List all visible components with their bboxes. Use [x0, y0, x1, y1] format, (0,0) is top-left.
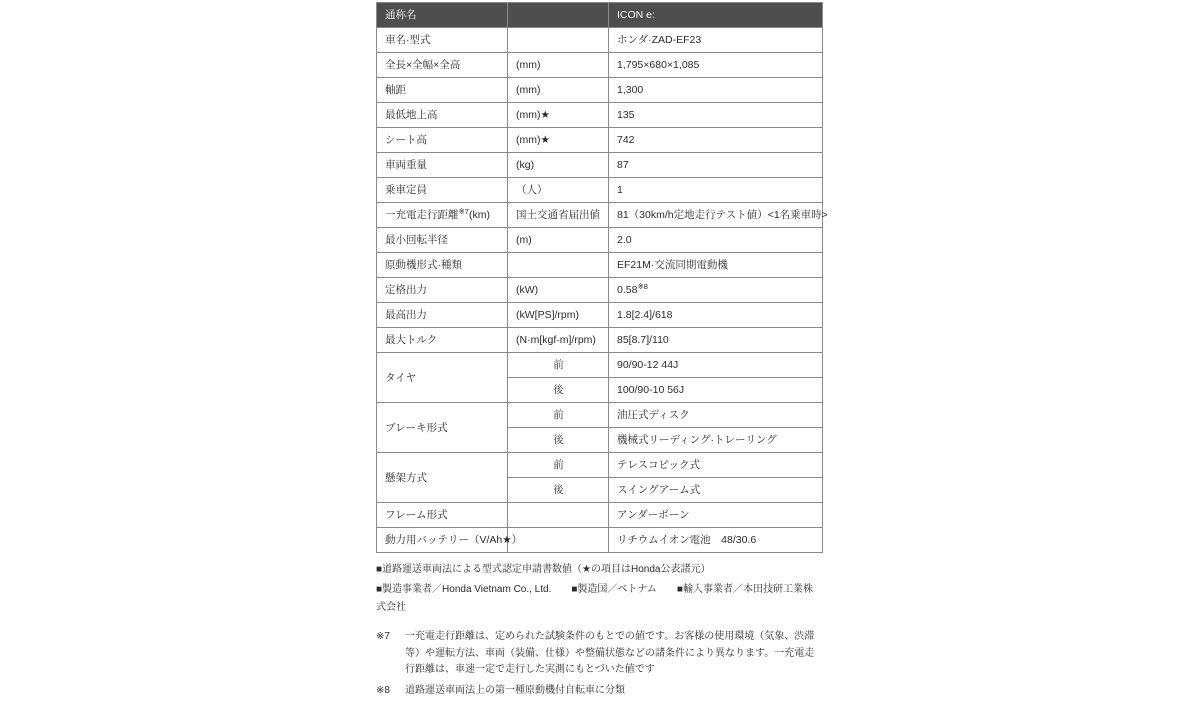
- spec-value-cell: テレスコピック式: [609, 453, 823, 478]
- spec-row: 軸距(mm)1,300: [377, 78, 823, 103]
- spec-label-cell: 乗車定員: [377, 178, 508, 203]
- spec-label-cell: 最高出力: [377, 303, 508, 328]
- spec-value-cell: 100/90-10 56J: [609, 378, 823, 403]
- spec-value-cell: 油圧式ディスク: [609, 403, 823, 428]
- spec-label-cell: ブレーキ形式: [377, 403, 508, 453]
- spec-value-cell: リチウムイオン電池 48/30.6: [609, 528, 823, 553]
- spec-label-cell: 軸距: [377, 78, 508, 103]
- spec-label-cell: 最小回転半径: [377, 228, 508, 253]
- spec-label-cell: 車両重量: [377, 153, 508, 178]
- spec-unit-cell: (mm)★: [508, 103, 609, 128]
- spec-row: 車名·型式ホンダ·ZAD-EF23: [377, 28, 823, 53]
- spec-value-cell: 機械式リーディング·トレーリング: [609, 428, 823, 453]
- spec-unit-cell: [508, 503, 609, 528]
- footnote-certification: ■道路運送車両法による型式認定申請書数値（★の項目はHonda公表諸元）: [376, 561, 822, 579]
- spec-unit-cell: (mm): [508, 53, 609, 78]
- spec-unit-cell: (m): [508, 228, 609, 253]
- spec-row: シート高(mm)★742: [377, 128, 823, 153]
- spec-row: 原動機形式·種類EF21M·交流同期電動機: [377, 253, 823, 278]
- footnotes-block: ■道路運送車両法による型式認定申請書数値（★の項目はHonda公表諸元） ■製造…: [376, 561, 822, 617]
- spec-row: 最高出力(kW[PS]/rpm)1.8[2.4]/618: [377, 303, 823, 328]
- footnote-ref: ※8: [637, 282, 647, 291]
- spec-unit-cell: (mm): [508, 78, 609, 103]
- spec-label-cell: 全長×全幅×全高: [377, 53, 508, 78]
- spec-value-cell: 1,795×680×1,085: [609, 53, 823, 78]
- spec-unit-cell: (N·m[kgf·m]/rpm): [508, 328, 609, 353]
- spec-label-cell: 車名·型式: [377, 28, 508, 53]
- spec-value-cell: アンダーボーン: [609, 503, 823, 528]
- spec-unit-cell: (kg): [508, 153, 609, 178]
- spec-label-cell: フレーム形式: [377, 503, 508, 528]
- spec-value-cell: EF21M·交流同期電動機: [609, 253, 823, 278]
- spec-label-cell: 最低地上高: [377, 103, 508, 128]
- spec-unit-cell: 国土交通省届出値: [508, 203, 609, 228]
- spec-value-cell: 135: [609, 103, 823, 128]
- spec-row: 全長×全幅×全高(mm)1,795×680×1,085: [377, 53, 823, 78]
- spec-unit-cell: (kW[PS]/rpm): [508, 303, 609, 328]
- spec-label-cell: 原動機形式·種類: [377, 253, 508, 278]
- spec-value-cell: スイングアーム式: [609, 478, 823, 503]
- spec-unit-cell: 後: [508, 478, 609, 503]
- spec-table: 通称名 ICON e: 車名·型式ホンダ·ZAD-EF23全長×全幅×全高(mm…: [376, 2, 823, 553]
- spec-value-cell: 81（30km/h定地走行テスト値）<1名乗車時>: [609, 203, 823, 228]
- spec-unit-cell: 後: [508, 378, 609, 403]
- footnote-manufacturer: ■製造事業者／Honda Vietnam Co., Ltd. ■製造国／ベトナム…: [376, 581, 822, 617]
- spec-label-cell: シート高: [377, 128, 508, 153]
- spec-row: 最低地上高(mm)★135: [377, 103, 823, 128]
- header-cell-model-name: ICON e:: [609, 3, 823, 28]
- header-cell-unit: [508, 3, 609, 28]
- note-marker: ※7: [376, 629, 405, 675]
- spec-value-cell: 1: [609, 178, 823, 203]
- spec-row: 動力用バッテリー（V/Ah★）リチウムイオン電池 48/30.6: [377, 528, 823, 553]
- spec-value-cell: 87: [609, 153, 823, 178]
- spec-label-cell: 最大トルク: [377, 328, 508, 353]
- spec-row: 定格出力(kW)0.58※8: [377, 278, 823, 303]
- spec-value-cell: 2.0: [609, 228, 823, 253]
- spec-sheet: 通称名 ICON e: 車名·型式ホンダ·ZAD-EF23全長×全幅×全高(mm…: [376, 2, 822, 675]
- spec-label-cell: タイヤ: [377, 353, 508, 403]
- spec-value-cell: 0.58※8: [609, 278, 823, 303]
- spec-value-cell: 742: [609, 128, 823, 153]
- spec-row: 最大トルク(N·m[kgf·m]/rpm)85[8.7]/110: [377, 328, 823, 353]
- table-header-row: 通称名 ICON e:: [377, 3, 823, 28]
- spec-label-cell: 一充電走行距離※7(km): [377, 203, 508, 228]
- header-cell-common-name: 通称名: [377, 3, 508, 28]
- spec-value-cell: 1.8[2.4]/618: [609, 303, 823, 328]
- spec-unit-cell: (kW): [508, 278, 609, 303]
- spec-value-cell: ホンダ·ZAD-EF23: [609, 28, 823, 53]
- spec-row: 最小回転半径(m)2.0: [377, 228, 823, 253]
- spec-row: 乗車定員（人）1: [377, 178, 823, 203]
- spec-row: フレーム形式アンダーボーン: [377, 503, 823, 528]
- spec-unit-cell: [508, 28, 609, 53]
- note-item: ※7一充電走行距離は、定められた試験条件のもとでの値です。お客様の使用環境（気象…: [376, 629, 822, 675]
- spec-label-cell: 動力用バッテリー（V/Ah★）: [377, 528, 508, 553]
- spec-unit-cell: 前: [508, 403, 609, 428]
- note-text: 一充電走行距離は、定められた試験条件のもとでの値です。お客様の使用環境（気象、渋…: [405, 629, 822, 675]
- spec-unit-cell: （人）: [508, 178, 609, 203]
- spec-unit-cell: [508, 528, 609, 553]
- spec-unit-cell: 後: [508, 428, 609, 453]
- spec-unit-cell: [508, 253, 609, 278]
- spec-label-cell: 定格出力: [377, 278, 508, 303]
- spec-row: 一充電走行距離※7(km)国土交通省届出値81（30km/h定地走行テスト値）<…: [377, 203, 823, 228]
- spec-value-cell: 90/90-12 44J: [609, 353, 823, 378]
- spec-unit-cell: 前: [508, 353, 609, 378]
- spec-row: ブレーキ形式前油圧式ディスク: [377, 403, 823, 428]
- spec-row: 車両重量(kg)87: [377, 153, 823, 178]
- spec-row: タイヤ前90/90-12 44J: [377, 353, 823, 378]
- spec-label-cell: 懸架方式: [377, 453, 508, 503]
- spec-value-cell: 85[8.7]/110: [609, 328, 823, 353]
- spec-value-cell: 1,300: [609, 78, 823, 103]
- footnote-ref: ※7: [459, 207, 469, 216]
- spec-unit-cell: 前: [508, 453, 609, 478]
- spec-row: 懸架方式前テレスコピック式: [377, 453, 823, 478]
- notes-block: ※7一充電走行距離は、定められた試験条件のもとでの値です。お客様の使用環境（気象…: [376, 629, 822, 675]
- spec-unit-cell: (mm)★: [508, 128, 609, 153]
